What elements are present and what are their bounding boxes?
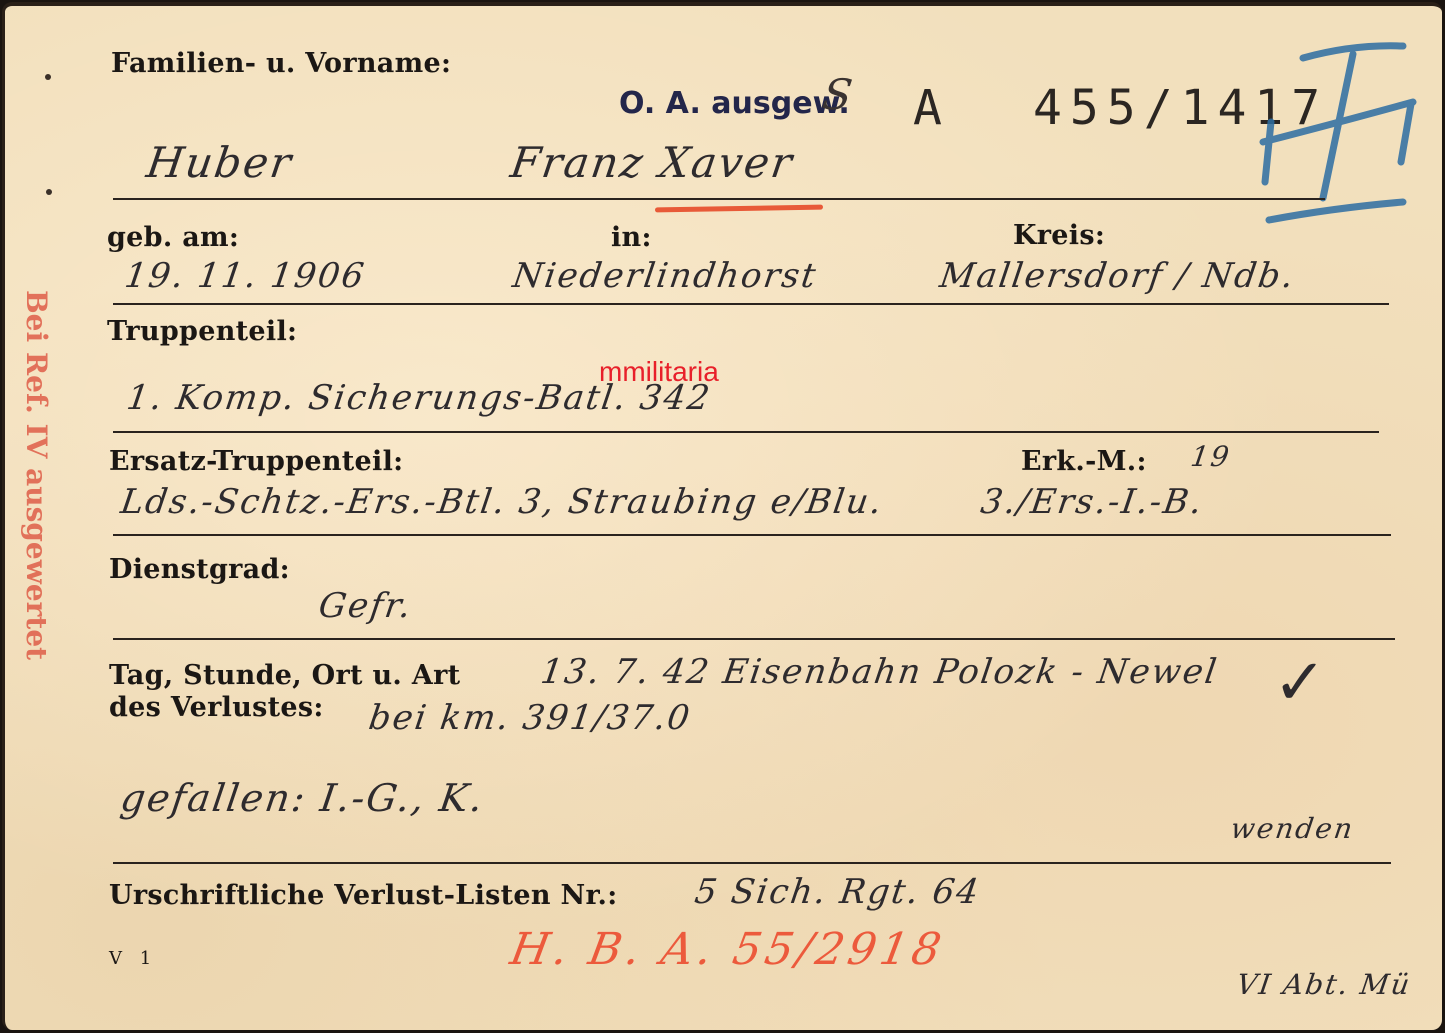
- id-tag-value: 3./Ers.-I.-B.: [978, 482, 1206, 522]
- birth-date-label: geb. am:: [107, 222, 239, 253]
- unit-label: Truppenteil:: [107, 316, 297, 347]
- district-label: Kreis:: [1013, 220, 1105, 251]
- blue-crayon-mark-icon: [1253, 32, 1433, 232]
- id-tag-number: 19: [1189, 440, 1233, 473]
- birth-place-value: Niederlindhorst: [510, 256, 820, 296]
- district-value: Mallersdorf / Ndb.: [937, 256, 1298, 296]
- replacement-unit-label: Ersatz-Truppenteil:: [109, 446, 403, 477]
- birth-place-label: in:: [611, 222, 652, 253]
- turn-over-note: wenden: [1229, 812, 1357, 845]
- red-reference-note: H. B. A. 55/2918: [507, 924, 949, 975]
- loss-value-line1: 13. 7. 42 Eisenbahn Polozk - Newel: [538, 652, 1221, 692]
- loss-lists-value: 5 Sich. Rgt. 64: [692, 872, 983, 912]
- rule-line: [113, 638, 1395, 640]
- rule-line: [113, 198, 1325, 200]
- loss-value-line2: bei km. 391/37.0: [366, 698, 694, 738]
- office-stamp: O. A. ausgew.: [619, 86, 850, 121]
- punch-hole-mark: [45, 74, 51, 80]
- rule-line: [113, 431, 1379, 433]
- side-stamp: Bei Ref. IV ausgewertet: [20, 290, 53, 660]
- check-mark-icon: ✓: [1273, 646, 1329, 720]
- given-names-value: Franz Xaver: [508, 138, 797, 187]
- punch-hole-mark: [46, 189, 52, 195]
- rule-line: [113, 303, 1389, 305]
- typed-letter: A: [913, 80, 950, 136]
- name-label: Familien- u. Vorname:: [111, 48, 451, 79]
- loss-lists-label: Urschriftliche Verlust-Listen Nr.:: [109, 880, 618, 911]
- form-number: V 1: [109, 948, 157, 969]
- rank-label: Dienstgrad:: [109, 554, 290, 585]
- replacement-unit-value: Lds.-Schtz.-Ers.-Btl. 3, Straubing e/Blu…: [118, 482, 886, 522]
- id-tag-label: Erk.-M.:: [1021, 446, 1147, 477]
- rule-line: [113, 534, 1391, 536]
- casualty-record-card: Bei Ref. IV ausgewertet Familien- u. Vor…: [2, 2, 1442, 1030]
- loss-value-line3: gefallen: I.-G., K.: [118, 776, 488, 820]
- unit-value: 1. Komp. Sicherungs-Batl. 342: [124, 378, 714, 418]
- loss-label-line1: Tag, Stunde, Ort u. Art: [109, 660, 460, 691]
- surname-value: Huber: [144, 138, 296, 187]
- loss-label-line2: des Verlustes:: [109, 692, 324, 723]
- rule-line: [113, 862, 1391, 864]
- signature: VI Abt. Mü: [1235, 968, 1414, 1001]
- rank-value: Gefr.: [316, 586, 415, 626]
- stamp-overlay-handwriting: S: [820, 70, 858, 119]
- birth-date-value: 19. 11. 1906: [122, 256, 368, 296]
- red-underline-mark: [655, 205, 823, 213]
